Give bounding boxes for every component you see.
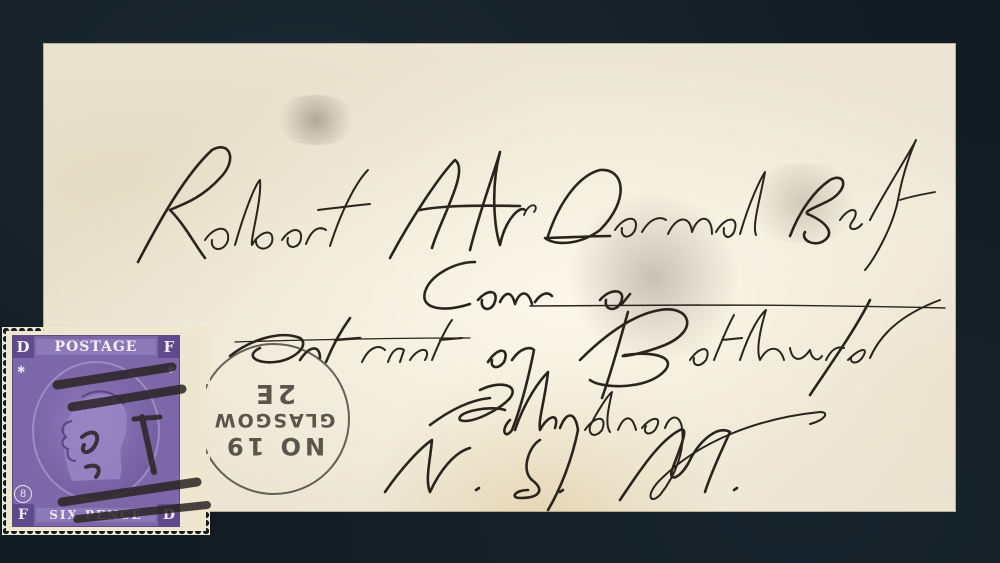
postmark-code: 2E xyxy=(252,378,296,408)
postmark-city: GLASGOW xyxy=(213,408,336,432)
six-pence-stamp: D POSTAGE F ✱ ✱ 8 F SIX PENCE D xyxy=(2,327,210,535)
barred-cancellation xyxy=(2,327,222,537)
postmark-date: NO 19 xyxy=(223,432,325,460)
